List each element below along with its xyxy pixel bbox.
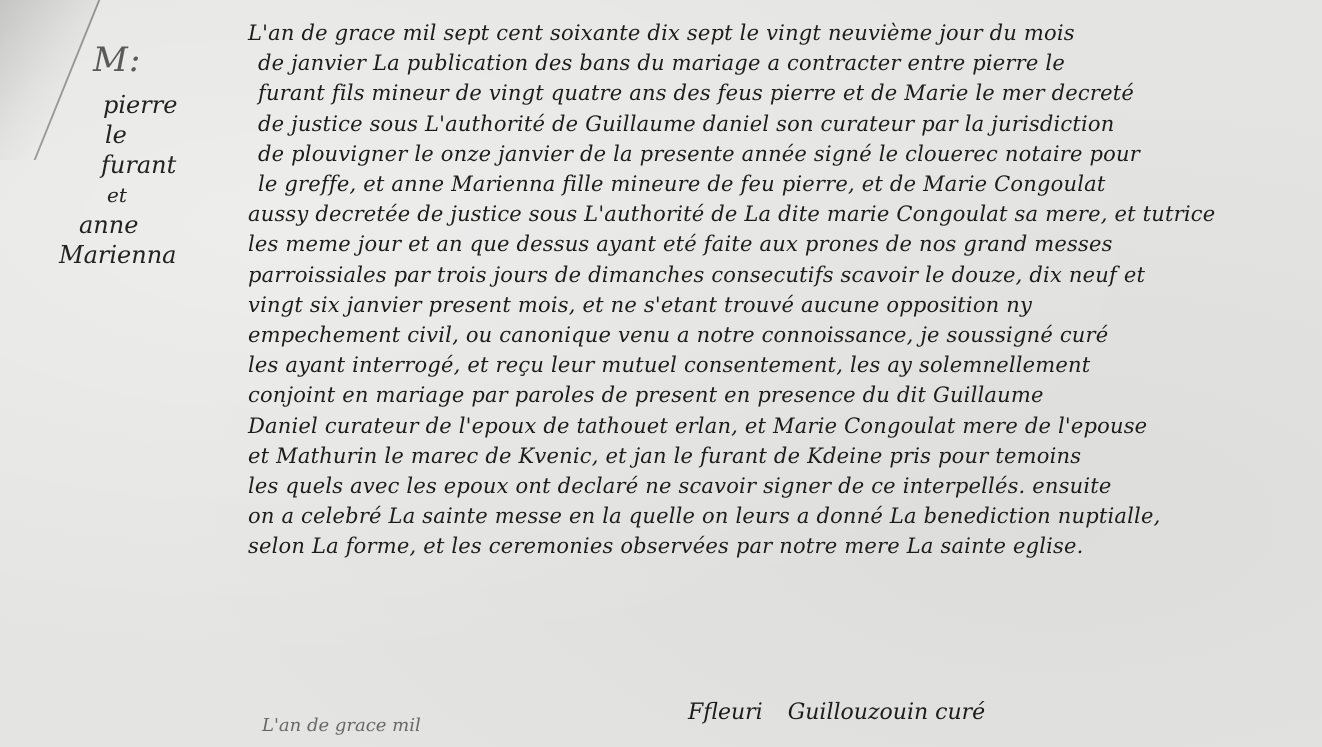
text-line: L'an de grace mil sept cent soixante dix…: [240, 18, 1260, 48]
text-line: selon La forme, et les ceremonies observ…: [240, 531, 1260, 561]
text-line: on a celebré La sainte messe en la quell…: [240, 501, 1260, 531]
text-line: empechement civil, ou canonique venu a n…: [240, 320, 1260, 350]
margin-name-line: le: [105, 120, 225, 150]
text-line: aussy decretée de justice sous L'authori…: [240, 199, 1260, 229]
register-page: M: pierre le furant et anne Marienna L'a…: [0, 0, 1322, 747]
text-line: Daniel curateur de l'epoux de tathouet e…: [240, 411, 1260, 441]
text-line: et Mathurin le marec de Kvenic, et jan l…: [240, 441, 1260, 471]
text-line: de janvier La publication des bans du ma…: [240, 48, 1260, 78]
margin-name-line: anne: [79, 210, 225, 240]
entry-body: L'an de grace mil sept cent soixante dix…: [240, 18, 1260, 562]
margin-name-line: et: [107, 180, 225, 210]
text-line: les ayant interrogé, et reçu leur mutuel…: [240, 350, 1260, 380]
text-line: conjoint en mariage par paroles de prese…: [240, 380, 1260, 410]
margin-name-line: furant: [101, 150, 225, 180]
next-entry-fragment: L'an de grace mil: [262, 715, 421, 736]
text-line: de justice sous L'authorité de Guillaume…: [240, 109, 1260, 139]
margin-reference-mark: M:: [93, 40, 225, 80]
signature-name: Guillouzouin curé: [788, 700, 986, 725]
margin-name-line: pierre: [103, 90, 225, 120]
text-line: de plouvigner le onze janvier de la pres…: [240, 139, 1260, 169]
text-line: furant fils mineur de vingt quatre ans d…: [240, 78, 1260, 108]
margin-annotation: M: pierre le furant et anne Marienna: [55, 40, 225, 270]
signature-mark: Ffleuri: [688, 700, 763, 725]
text-line: les quels avec les epoux ont declaré ne …: [240, 471, 1260, 501]
text-line: les meme jour et an que dessus ayant eté…: [240, 229, 1260, 259]
text-line: parroissiales par trois jours de dimanch…: [240, 260, 1260, 290]
signature-block: Ffleuri Guillouzouin curé: [688, 700, 1003, 725]
margin-names: pierre le furant et anne Marienna: [55, 90, 225, 270]
text-line: le greffe, et anne Marienna fille mineur…: [240, 169, 1260, 199]
margin-name-line: Marienna: [59, 240, 225, 270]
text-line: vingt six janvier present mois, et ne s'…: [240, 290, 1260, 320]
